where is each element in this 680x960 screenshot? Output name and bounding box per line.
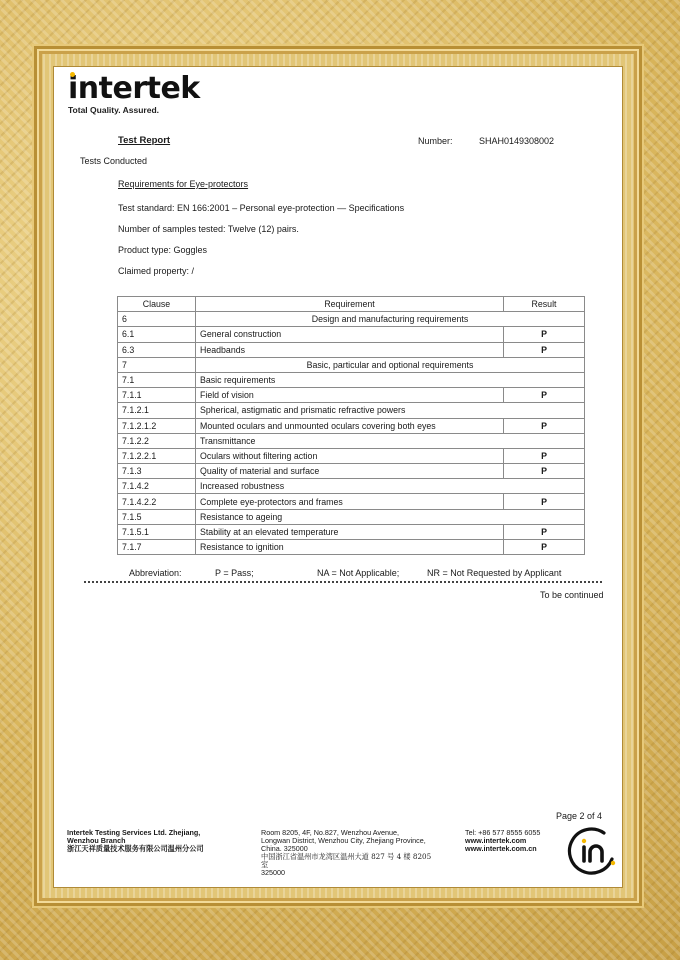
table-row: 6.1General constructionP (118, 327, 585, 342)
intertek-circle-logo-icon (566, 825, 618, 877)
clause-cell: 7.1.2.1 (118, 403, 196, 418)
footer-contact: Tel: +86 577 8555 6055 www.intertek.com … (465, 829, 540, 853)
requirement-cell: Oculars without filtering action (196, 448, 504, 463)
header-clause: Clause (118, 297, 196, 312)
table-row: 7.1.7Resistance to ignitionP (118, 540, 585, 555)
website-cn-link[interactable]: www.intertek.com.cn (465, 845, 540, 853)
requirement-cell: Basic requirements (196, 372, 585, 387)
clause-cell: 7.1.2.1.2 (118, 418, 196, 433)
table-row: 7.1Basic requirements (118, 372, 585, 387)
report-page: intertek Total Quality. Assured. Test Re… (54, 67, 622, 887)
product-type: Product type: Goggles (118, 245, 207, 255)
abbreviation-pass: P = Pass; (215, 568, 254, 578)
test-standard: Test standard: EN 166:2001 – Personal ey… (118, 203, 404, 213)
requirement-cell: Resistance to ageing (196, 509, 585, 524)
address-cn1: 中国浙江省温州市龙湾区温州大道 827 号 4 楼 8205 (261, 853, 431, 861)
requirement-cell: Stability at an elevated temperature (196, 524, 504, 539)
footer-company: Intertek Testing Services Ltd. Zhejiang,… (67, 829, 204, 853)
logo-wordmark: intertek (68, 74, 200, 104)
page-number: Page 2 of 4 (556, 811, 602, 821)
clause-cell: 6.3 (118, 342, 196, 357)
abbreviation-nr: NR = Not Requested by Applicant (427, 568, 561, 578)
table-row: 7.1.4.2Increased robustness (118, 479, 585, 494)
header-result: Result (504, 297, 585, 312)
claimed-property: Claimed property: / (118, 266, 194, 276)
requirement-cell: Complete eye-protectors and frames (196, 494, 504, 509)
result-cell: P (504, 494, 585, 509)
logo-wordmark-text: intertek (68, 71, 200, 106)
result-cell: P (504, 540, 585, 555)
intertek-logo: intertek Total Quality. Assured. (68, 74, 200, 115)
table-row: 7.1.5.1Stability at an elevated temperat… (118, 524, 585, 539)
clause-cell: 6 (118, 312, 196, 327)
result-cell: P (504, 342, 585, 357)
result-cell: P (504, 448, 585, 463)
logo-dot-icon (70, 72, 75, 77)
requirement-cell: Mounted oculars and unmounted oculars co… (196, 418, 504, 433)
abbreviation-label: Abbreviation: (129, 568, 182, 578)
dotted-divider (84, 581, 602, 585)
clause-cell: 7.1 (118, 372, 196, 387)
clause-cell: 7.1.4.2 (118, 479, 196, 494)
requirement-cell: Increased robustness (196, 479, 585, 494)
requirement-cell: Basic, particular and optional requireme… (196, 357, 585, 372)
requirement-cell: Transmittance (196, 433, 585, 448)
samples-tested: Number of samples tested: Twelve (12) pa… (118, 224, 299, 234)
abbreviation-na: NA = Not Applicable; (317, 568, 399, 578)
table-row: 7.1.3Quality of material and surfaceP (118, 464, 585, 479)
to-be-continued: To be continued (540, 590, 604, 600)
clause-cell: 7.1.1 (118, 388, 196, 403)
result-cell: P (504, 524, 585, 539)
clause-cell: 7.1.7 (118, 540, 196, 555)
table-row: 7Basic, particular and optional requirem… (118, 357, 585, 372)
requirement-cell: Quality of material and surface (196, 464, 504, 479)
company-cn: 浙江天祥质量技术服务有限公司温州分公司 (67, 845, 204, 853)
clause-cell: 7.1.5.1 (118, 524, 196, 539)
report-number: SHAH0149308002 (479, 136, 554, 146)
number-label: Number: (418, 136, 453, 146)
table-row: 7.1.5Resistance to ageing (118, 509, 585, 524)
requirement-cell: Headbands (196, 342, 504, 357)
table-header-row: ClauseRequirementResult (118, 297, 585, 312)
requirement-cell: Design and manufacturing requirements (196, 312, 585, 327)
clause-cell: 7.1.2.2 (118, 433, 196, 448)
header-requirement: Requirement (196, 297, 504, 312)
table-row: 6.3HeadbandsP (118, 342, 585, 357)
requirement-cell: Resistance to ignition (196, 540, 504, 555)
result-cell: P (504, 388, 585, 403)
subsection-title: Requirements for Eye-protectors (118, 179, 248, 189)
result-cell: P (504, 464, 585, 479)
table-row: 7.1.2.1Spherical, astigmatic and prismat… (118, 403, 585, 418)
clause-cell: 6.1 (118, 327, 196, 342)
address-cn3: 325000 (261, 869, 431, 877)
logo-tagline: Total Quality. Assured. (68, 105, 200, 115)
clause-cell: 7 (118, 357, 196, 372)
address-cn2: 室 (261, 861, 431, 869)
section-title: Tests Conducted (80, 156, 147, 166)
clause-cell: 7.1.5 (118, 509, 196, 524)
report-title: Test Report (118, 135, 170, 146)
result-cell: P (504, 327, 585, 342)
table-row: 7.1.2.1.2Mounted oculars and unmounted o… (118, 418, 585, 433)
table-row: 7.1.2.2.1Oculars without filtering actio… (118, 448, 585, 463)
requirements-table: ClauseRequirementResult6Design and manuf… (117, 296, 585, 555)
clause-cell: 7.1.3 (118, 464, 196, 479)
table-row: 7.1.4.2.2Complete eye-protectors and fra… (118, 494, 585, 509)
result-cell: P (504, 418, 585, 433)
clause-cell: 7.1.4.2.2 (118, 494, 196, 509)
requirement-cell: Field of vision (196, 388, 504, 403)
table-row: 6Design and manufacturing requirements (118, 312, 585, 327)
clause-cell: 7.1.2.2.1 (118, 448, 196, 463)
requirement-cell: Spherical, astigmatic and prismatic refr… (196, 403, 585, 418)
requirement-cell: General construction (196, 327, 504, 342)
table-row: 7.1.2.2Transmittance (118, 433, 585, 448)
table-row: 7.1.1Field of visionP (118, 388, 585, 403)
footer-address: Room 8205, 4F, No.827, Wenzhou Avenue, L… (261, 829, 431, 877)
